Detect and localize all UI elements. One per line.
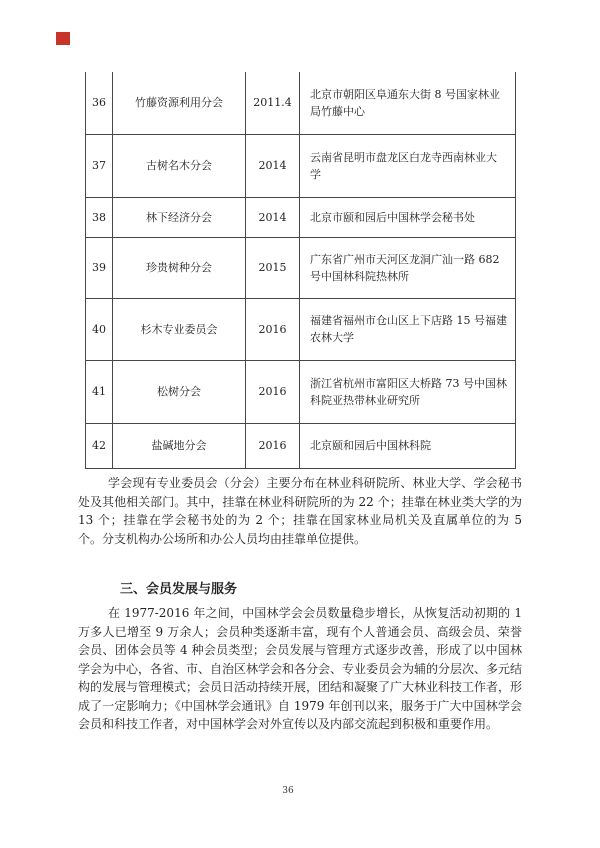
cell-name: 盐碱地分会 [113,423,246,468]
cell-name: 松树分会 [113,360,246,423]
table-row: 40 杉木专业委员会 2016 福建省福州市仓山区上下店路 15 号福建农林大学 [86,298,516,360]
cell-no: 40 [86,298,113,360]
table-row: 37 古树名木分会 2014 云南省昆明市盘龙区白龙寺西南林业大学 [86,134,516,197]
cell-name: 林下经济分会 [113,197,246,237]
cell-address: 福建省福州市仓山区上下店路 15 号福建农林大学 [300,298,516,360]
table-row: 38 林下经济分会 2014 北京市颐和园后中国林学会秘书处 [86,197,516,237]
cell-year: 2016 [246,298,300,360]
table-row: 42 盐碱地分会 2016 北京颐和园后中国林科院 [86,423,516,468]
cell-address: 北京市颐和园后中国林学会秘书处 [300,197,516,237]
cell-year: 2014 [246,134,300,197]
cell-no: 38 [86,197,113,237]
cell-year: 2011.4 [246,72,300,134]
cell-address: 浙江省杭州市富阳区大桥路 73 号中国林科院亚热带林业研究所 [300,360,516,423]
cell-name: 竹藤资源利用分会 [113,72,246,134]
paragraph-distribution: 学会现有专业委员会（分会）主要分布在林业科研院所、林业大学、学会秘书处及其他相关… [78,474,522,548]
paragraph-membership: 在 1977-2016 年之间，中国林学会会员数量稳步增长，从恢复活动初期的 1… [78,604,522,734]
cell-address: 广东省广州市天河区龙洞广汕一路 682 号中国林科院热林所 [300,237,516,298]
cell-name: 杉木专业委员会 [113,298,246,360]
cell-no: 37 [86,134,113,197]
cell-no: 41 [86,360,113,423]
cell-year: 2016 [246,423,300,468]
table-row: 36 竹藤资源利用分会 2011.4 北京市朝阳区阜通东大街 8 号国家林业局竹… [86,72,516,134]
cell-address: 北京市朝阳区阜通东大街 8 号国家林业局竹藤中心 [300,72,516,134]
branch-society-table: 36 竹藤资源利用分会 2011.4 北京市朝阳区阜通东大街 8 号国家林业局竹… [85,72,516,469]
document-page: 36 竹藤资源利用分会 2011.4 北京市朝阳区阜通东大街 8 号国家林业局竹… [0,0,600,848]
cell-address: 云南省昆明市盘龙区白龙寺西南林业大学 [300,134,516,197]
table-row: 41 松树分会 2016 浙江省杭州市富阳区大桥路 73 号中国林科院亚热带林业… [86,360,516,423]
cell-no: 39 [86,237,113,298]
cell-name: 珍贵树种分会 [113,237,246,298]
red-stamp-marker [56,32,70,45]
section-heading: 三、会员发展与服务 [120,578,237,597]
page-number: 36 [0,786,576,796]
cell-year: 2014 [246,197,300,237]
cell-address: 北京颐和园后中国林科院 [300,423,516,468]
cell-no: 36 [86,72,113,134]
cell-year: 2016 [246,360,300,423]
cell-no: 42 [86,423,113,468]
cell-name: 古树名木分会 [113,134,246,197]
table-row: 39 珍贵树种分会 2015 广东省广州市天河区龙洞广汕一路 682 号中国林科… [86,237,516,298]
cell-year: 2015 [246,237,300,298]
